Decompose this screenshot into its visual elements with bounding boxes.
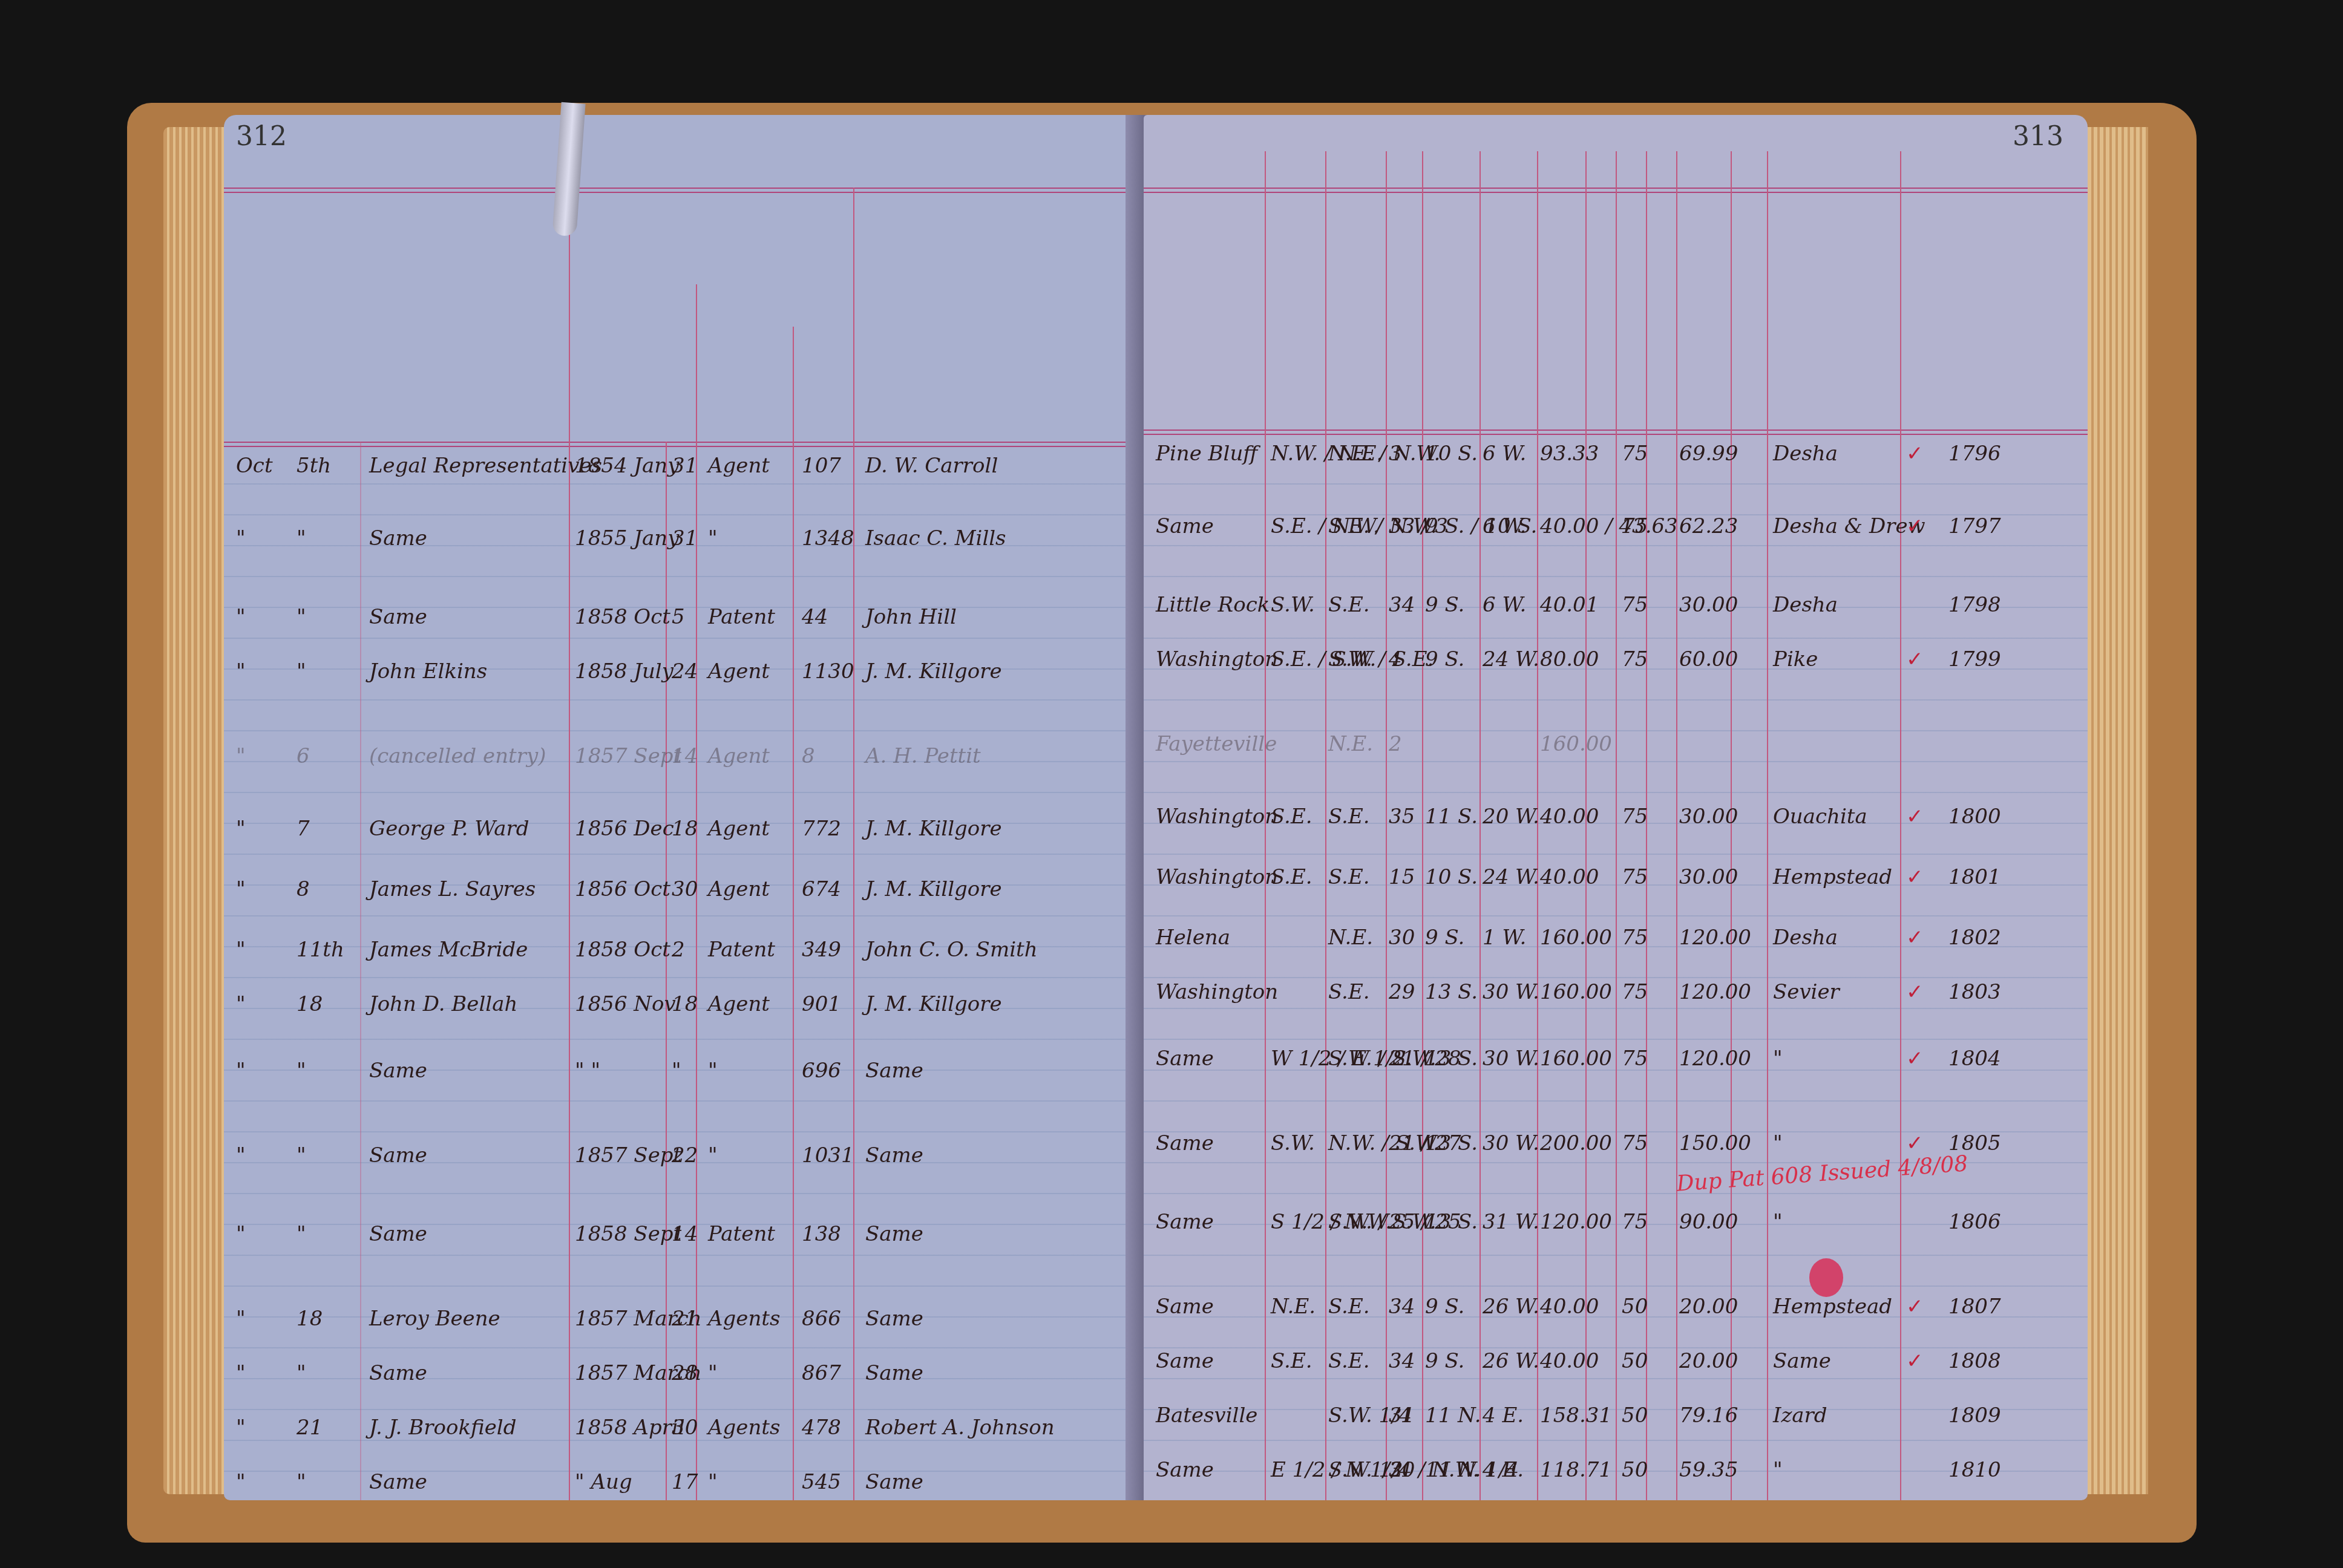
check-mark-icon: ✓ bbox=[1906, 980, 1924, 1004]
entry-number: 1810 bbox=[1948, 1458, 2001, 1482]
subdivision-2: S.W. / S.E. bbox=[1328, 647, 1434, 671]
located-by: " bbox=[708, 1470, 718, 1494]
rate-cents: 75 bbox=[1622, 1131, 1648, 1155]
county: Desha bbox=[1773, 442, 1838, 466]
entry-day: " bbox=[297, 1361, 306, 1385]
entry-day: 6 bbox=[297, 744, 310, 768]
assignee-name: Same bbox=[865, 1307, 923, 1331]
township: 13 S. bbox=[1425, 1047, 1478, 1071]
county: Desha bbox=[1773, 593, 1838, 617]
check-mark-icon: ✓ bbox=[1906, 805, 1924, 829]
county: " bbox=[1773, 1210, 1783, 1234]
warrant-day: 2 bbox=[672, 938, 685, 962]
entry-day: 18 bbox=[297, 1307, 323, 1331]
subdivision-1: N.E. bbox=[1271, 1295, 1316, 1319]
land-office: Same bbox=[1156, 1458, 1214, 1482]
left-page-number: 312 bbox=[236, 121, 287, 152]
range: 1 W. bbox=[1483, 926, 1526, 950]
township: 11 N. bbox=[1425, 1458, 1481, 1482]
rate-cents: 75 bbox=[1622, 805, 1648, 829]
assignee-name: Same bbox=[865, 1361, 923, 1385]
rate-cents: 50 bbox=[1622, 1403, 1648, 1428]
township: 9 S. bbox=[1425, 647, 1464, 671]
subdivision-2: S.E. bbox=[1328, 1295, 1370, 1319]
warrant-day: " bbox=[672, 1059, 681, 1083]
entry-day: " bbox=[297, 1059, 306, 1083]
warrant-date: 1856 Oct bbox=[575, 877, 670, 901]
assignee-name: John Hill bbox=[865, 605, 957, 629]
certificate-number: 545 bbox=[802, 1470, 841, 1494]
land-office: Same bbox=[1156, 1349, 1214, 1373]
warrant-date: 1856 Nov bbox=[575, 992, 676, 1016]
entry-number: 1808 bbox=[1948, 1349, 2001, 1373]
red-wax-seal bbox=[1809, 1258, 1843, 1297]
located-by: Agent bbox=[708, 992, 770, 1016]
township: 11 S. bbox=[1425, 805, 1478, 829]
range: 24 W. bbox=[1483, 647, 1539, 671]
warrant-date: 1858 Oct bbox=[575, 605, 670, 629]
section: 30 bbox=[1389, 1458, 1415, 1482]
range: 30 W. bbox=[1483, 980, 1539, 1004]
range: 6 W. bbox=[1483, 514, 1526, 538]
subdivision-1: S.E. bbox=[1271, 805, 1312, 829]
section: 15 bbox=[1389, 865, 1415, 889]
located-by: " bbox=[708, 526, 718, 550]
land-office: Same bbox=[1156, 514, 1214, 538]
warrant-day: 31 bbox=[672, 454, 698, 478]
county: Sevier bbox=[1773, 980, 1840, 1004]
page-edges-left bbox=[163, 127, 230, 1494]
subdivision-1: S.W. bbox=[1271, 593, 1315, 617]
check-mark-icon: ✓ bbox=[1906, 442, 1924, 466]
amount: 59.35 bbox=[1679, 1458, 1738, 1482]
entry-month: " bbox=[236, 817, 246, 841]
county: Same bbox=[1773, 1349, 1831, 1373]
warrant-day: 14 bbox=[672, 744, 698, 768]
certificate-number: 44 bbox=[802, 605, 828, 629]
certificate-number: 696 bbox=[802, 1059, 841, 1083]
certificate-number: 138 bbox=[802, 1222, 841, 1246]
section: 34 bbox=[1389, 1295, 1415, 1319]
acres: 40.00 bbox=[1540, 865, 1599, 889]
land-office: Batesville bbox=[1156, 1403, 1257, 1428]
entrant-name: Same bbox=[369, 1143, 427, 1168]
check-mark-icon: ✓ bbox=[1906, 1295, 1924, 1319]
entry-number: 1801 bbox=[1948, 865, 2001, 889]
range: 26 W. bbox=[1483, 1349, 1539, 1373]
assignee-name: Same bbox=[865, 1470, 923, 1494]
entry-month: " bbox=[236, 877, 246, 901]
entry-number: 1799 bbox=[1948, 647, 2001, 671]
amount: 120.00 bbox=[1679, 926, 1751, 950]
assignee-name: J. M. Killgore bbox=[865, 992, 1002, 1016]
located-by: Patent bbox=[708, 938, 775, 962]
acres: 40.01 bbox=[1540, 593, 1599, 617]
township: 13 S. bbox=[1425, 980, 1478, 1004]
rate-cents: 50 bbox=[1622, 1349, 1648, 1373]
entry-day: 7 bbox=[297, 817, 310, 841]
check-mark-icon: ✓ bbox=[1906, 865, 1924, 889]
check-mark-icon: ✓ bbox=[1906, 647, 1924, 671]
county: Hempstead bbox=[1773, 1295, 1892, 1319]
range: 6 W. bbox=[1483, 593, 1526, 617]
amount: 30.00 bbox=[1679, 865, 1738, 889]
page-edges-right bbox=[2088, 127, 2148, 1494]
assignee-name: John C. O. Smith bbox=[865, 938, 1038, 962]
land-office: Same bbox=[1156, 1047, 1214, 1071]
warrant-date: 1858 Sept bbox=[575, 1222, 681, 1246]
subdivision-2: S.E. bbox=[1328, 980, 1370, 1004]
section: 34 bbox=[1389, 1349, 1415, 1373]
rate-cents: 50 bbox=[1622, 1295, 1648, 1319]
assignee-name: A. H. Pettit bbox=[865, 744, 981, 768]
amount: 30.00 bbox=[1679, 805, 1738, 829]
county: Ouachita bbox=[1773, 805, 1867, 829]
certificate-number: 901 bbox=[802, 992, 841, 1016]
check-mark-icon: ✓ bbox=[1906, 1131, 1924, 1155]
check-mark-icon: ✓ bbox=[1906, 1349, 1924, 1373]
acres: 160.00 bbox=[1540, 980, 1612, 1004]
amount: 60.00 bbox=[1679, 647, 1738, 671]
entrant-name: Same bbox=[369, 1059, 427, 1083]
rate-cents: 75 bbox=[1622, 865, 1648, 889]
acres: 158.31 bbox=[1540, 1403, 1612, 1428]
amount: 79.16 bbox=[1679, 1403, 1738, 1428]
rate-cents: 75 bbox=[1622, 1210, 1648, 1234]
range: 30 W. bbox=[1483, 1047, 1539, 1071]
located-by: Patent bbox=[708, 1222, 775, 1246]
county: Desha & Drew bbox=[1773, 514, 1925, 538]
warrant-date: 1855 Jany bbox=[575, 526, 679, 550]
land-office: Helena bbox=[1156, 926, 1230, 950]
section: 30 bbox=[1389, 926, 1415, 950]
assignee-name: Same bbox=[865, 1143, 923, 1168]
warrant-date: 1857 Sept bbox=[575, 1143, 681, 1168]
county: " bbox=[1773, 1047, 1783, 1071]
land-office: Washington bbox=[1156, 805, 1278, 829]
entry-month: " bbox=[236, 1307, 246, 1331]
entry-number: 1797 bbox=[1948, 514, 2001, 538]
warrant-date: 1856 Dec bbox=[575, 817, 674, 841]
subdivision-1: S.E. bbox=[1271, 1349, 1312, 1373]
certificate-number: 1348 bbox=[802, 526, 854, 550]
warrant-day: 22 bbox=[672, 1143, 698, 1168]
land-office: Pine Bluff bbox=[1156, 442, 1257, 466]
county: Hempstead bbox=[1773, 865, 1892, 889]
located-by: " bbox=[708, 1143, 718, 1168]
header-rule-top bbox=[224, 188, 1240, 193]
ledger-book: 312 Oct5thLegal Representatives 1854 Jan… bbox=[127, 103, 2197, 1543]
township: 10 S. bbox=[1425, 442, 1478, 466]
entry-number: 1800 bbox=[1948, 805, 2001, 829]
warrant-day: 30 bbox=[672, 877, 698, 901]
rate-cents: 75 bbox=[1622, 442, 1648, 466]
warrant-day: 5 bbox=[672, 605, 685, 629]
acres: 80.00 bbox=[1540, 647, 1599, 671]
assignee-name: J. M. Killgore bbox=[865, 877, 1002, 901]
warrant-date: 1858 April bbox=[575, 1416, 685, 1440]
entry-day: " bbox=[297, 1470, 306, 1494]
check-mark-icon: ✓ bbox=[1906, 926, 1924, 950]
rate-cents: 75 bbox=[1622, 593, 1648, 617]
entry-day: " bbox=[297, 659, 306, 684]
certificate-number: 478 bbox=[802, 1416, 841, 1440]
section: 4 bbox=[1389, 647, 1402, 671]
entry-day: " bbox=[297, 1143, 306, 1168]
located-by: Agent bbox=[708, 817, 770, 841]
certificate-number: 1130 bbox=[802, 659, 854, 684]
subdivision-1: S.W. bbox=[1271, 1131, 1315, 1155]
warrant-day: 21 bbox=[672, 1307, 698, 1331]
entry-month: " bbox=[236, 659, 246, 684]
entry-number: 1796 bbox=[1948, 442, 2001, 466]
entry-number: 1807 bbox=[1948, 1295, 2001, 1319]
amount: 69.99 bbox=[1679, 442, 1738, 466]
entry-day: 18 bbox=[297, 992, 323, 1016]
entry-month: " bbox=[236, 1222, 246, 1246]
acres: 40.00 / 43.63 bbox=[1540, 514, 1678, 538]
entry-number: 1803 bbox=[1948, 980, 2001, 1004]
land-office: Little Rock bbox=[1156, 593, 1270, 617]
check-mark-icon: ✓ bbox=[1906, 514, 1924, 538]
land-office: Same bbox=[1156, 1295, 1214, 1319]
land-office: Washington bbox=[1156, 647, 1278, 671]
certificate-number: 772 bbox=[802, 817, 841, 841]
entrant-name: John Elkins bbox=[369, 659, 487, 684]
range: 4 E. bbox=[1483, 1403, 1524, 1428]
located-by: Agent bbox=[708, 744, 770, 768]
township: 13 S. bbox=[1425, 1131, 1478, 1155]
rate-cents: 75 bbox=[1622, 514, 1648, 538]
warrant-date: 1858 Oct bbox=[575, 938, 670, 962]
certificate-number: 866 bbox=[802, 1307, 841, 1331]
entrant-name: J. J. Brookfield bbox=[369, 1416, 516, 1440]
township: 13 S. bbox=[1425, 1210, 1478, 1234]
warrant-date: " " bbox=[575, 1059, 600, 1083]
range: 24 W. bbox=[1483, 865, 1539, 889]
assignee-name: Same bbox=[865, 1059, 923, 1083]
entry-number: 1804 bbox=[1948, 1047, 2001, 1071]
entry-month: Oct bbox=[236, 454, 273, 478]
located-by: " bbox=[708, 1361, 718, 1385]
entry-month: " bbox=[236, 1361, 246, 1385]
assignee-name: Same bbox=[865, 1222, 923, 1246]
certificate-number: 1031 bbox=[802, 1143, 854, 1168]
entry-day: " bbox=[297, 526, 306, 550]
acres: 160.00 bbox=[1540, 926, 1612, 950]
warrant-day: 18 bbox=[672, 992, 698, 1016]
acres: 120.00 bbox=[1540, 1210, 1612, 1234]
range: 31 W. bbox=[1483, 1210, 1539, 1234]
entrant-name: Leroy Beene bbox=[369, 1307, 500, 1331]
amount: 120.00 bbox=[1679, 1047, 1751, 1071]
warrant-day: 17 bbox=[672, 1470, 698, 1494]
entry-number: 1802 bbox=[1948, 926, 2001, 950]
amount: 120.00 bbox=[1679, 980, 1751, 1004]
section: 31 bbox=[1389, 1403, 1415, 1428]
subdivision-2: N.E. bbox=[1328, 926, 1373, 950]
subdivision-2: S.E. bbox=[1328, 805, 1370, 829]
section: 2 bbox=[1389, 732, 1402, 756]
entry-month: " bbox=[236, 1059, 246, 1083]
entrant-name: Same bbox=[369, 1470, 427, 1494]
land-office: Same bbox=[1156, 1210, 1214, 1234]
acres: 118.71 bbox=[1540, 1458, 1612, 1482]
located-by: " bbox=[708, 1059, 718, 1083]
range: 4 E. bbox=[1483, 1458, 1524, 1482]
rate-cents: 75 bbox=[1622, 926, 1648, 950]
warrant-day: 24 bbox=[672, 659, 698, 684]
acres: 93.33 bbox=[1540, 442, 1599, 466]
acres: 40.00 bbox=[1540, 805, 1599, 829]
rate-cents: 50 bbox=[1622, 1458, 1648, 1482]
located-by: Agent bbox=[708, 454, 770, 478]
range: 6 W. bbox=[1483, 442, 1526, 466]
certificate-number: 674 bbox=[802, 877, 841, 901]
header-rule-bottom bbox=[224, 442, 1240, 447]
certificate-number: 867 bbox=[802, 1361, 841, 1385]
entry-month: " bbox=[236, 526, 246, 550]
amount: 20.00 bbox=[1679, 1295, 1738, 1319]
township: 9 S. bbox=[1425, 926, 1464, 950]
assignee-name: J. M. Killgore bbox=[865, 817, 1002, 841]
land-office: Same bbox=[1156, 1131, 1214, 1155]
range: 30 W. bbox=[1483, 1131, 1539, 1155]
warrant-day: 18 bbox=[672, 817, 698, 841]
subdivision-1: S.E. bbox=[1271, 865, 1312, 889]
certificate-number: 349 bbox=[802, 938, 841, 962]
township: 9 S. bbox=[1425, 1349, 1464, 1373]
county: Desha bbox=[1773, 926, 1838, 950]
entry-day: 5th bbox=[297, 454, 331, 478]
warrant-day: 28 bbox=[672, 1361, 698, 1385]
entrant-name: John D. Bellah bbox=[369, 992, 517, 1016]
acres: 40.00 bbox=[1540, 1295, 1599, 1319]
county: " bbox=[1773, 1131, 1783, 1155]
entry-month: " bbox=[236, 744, 246, 768]
amount: 150.00 bbox=[1679, 1131, 1751, 1155]
entry-number: 1809 bbox=[1948, 1403, 2001, 1428]
entry-day: 8 bbox=[297, 877, 310, 901]
entry-day: " bbox=[297, 605, 306, 629]
entry-number: 1806 bbox=[1948, 1210, 2001, 1234]
entrant-name: Legal Representatives bbox=[369, 454, 602, 478]
entrant-name: Same bbox=[369, 605, 427, 629]
certificate-number: 107 bbox=[802, 454, 841, 478]
entrant-name: George P. Ward bbox=[369, 817, 529, 841]
entry-month: " bbox=[236, 1470, 246, 1494]
section: 3 bbox=[1389, 442, 1402, 466]
amount: 90.00 bbox=[1679, 1210, 1738, 1234]
subdivision-2: N.E. bbox=[1328, 732, 1373, 756]
entrant-name: Same bbox=[369, 1361, 427, 1385]
amount: 30.00 bbox=[1679, 593, 1738, 617]
entry-day: " bbox=[297, 1222, 306, 1246]
entry-month: " bbox=[236, 605, 246, 629]
land-office: Fayetteville bbox=[1156, 732, 1277, 756]
warrant-date: 1858 July bbox=[575, 659, 673, 684]
entrant-name: James McBride bbox=[369, 938, 528, 962]
right-page-number: 313 bbox=[2013, 121, 2063, 152]
county: " bbox=[1773, 1458, 1783, 1482]
warrant-day: 31 bbox=[672, 526, 698, 550]
assignee-name: Isaac C. Mills bbox=[865, 526, 1006, 550]
range: 20 W. bbox=[1483, 805, 1539, 829]
located-by: Patent bbox=[708, 605, 775, 629]
subdivision-2: S.E. bbox=[1328, 593, 1370, 617]
assignee-name: D. W. Carroll bbox=[865, 454, 998, 478]
amount: 62.23 bbox=[1679, 514, 1738, 538]
township: 9 S. bbox=[1425, 1295, 1464, 1319]
certificate-number: 8 bbox=[802, 744, 815, 768]
section: 34 bbox=[1389, 593, 1415, 617]
entry-month: " bbox=[236, 938, 246, 962]
warrant-day: 30 bbox=[672, 1416, 698, 1440]
warrant-date: " Aug bbox=[575, 1470, 632, 1494]
warrant-date: 1854 Jany bbox=[575, 454, 679, 478]
land-office: Washington bbox=[1156, 865, 1278, 889]
section: 29 bbox=[1389, 980, 1415, 1004]
acres: 160.00 bbox=[1540, 732, 1612, 756]
subdivision-2: N.E. / N.W. bbox=[1328, 442, 1440, 466]
entry-month: " bbox=[236, 1416, 246, 1440]
entrant-name: Same bbox=[369, 1222, 427, 1246]
acres: 40.00 bbox=[1540, 1349, 1599, 1373]
right-page: 313 Pine BluffN.W. / N.E.N.E. / N.W.310 … bbox=[1144, 115, 2088, 1500]
rate-cents: 75 bbox=[1622, 980, 1648, 1004]
township: 10 S. bbox=[1425, 865, 1478, 889]
entrant-name: (cancelled entry) bbox=[369, 744, 546, 768]
entry-day: 11th bbox=[297, 938, 344, 962]
rate-cents: 75 bbox=[1622, 1047, 1648, 1071]
entry-number: 1798 bbox=[1948, 593, 2001, 617]
acres: 200.00 bbox=[1540, 1131, 1612, 1155]
acres: 160.00 bbox=[1540, 1047, 1612, 1071]
county: Izard bbox=[1773, 1403, 1827, 1428]
check-mark-icon: ✓ bbox=[1906, 1047, 1924, 1071]
section: 35 bbox=[1389, 805, 1415, 829]
township: 11 N. bbox=[1425, 1403, 1481, 1428]
entrant-name: Same bbox=[369, 526, 427, 550]
rate-cents: 75 bbox=[1622, 647, 1648, 671]
located-by: Agents bbox=[708, 1307, 780, 1331]
entry-day: 21 bbox=[297, 1416, 323, 1440]
entrant-name: James L. Sayres bbox=[369, 877, 536, 901]
county: Pike bbox=[1773, 647, 1818, 671]
entry-month: " bbox=[236, 992, 246, 1016]
assignee-name: Robert A. Johnson bbox=[865, 1416, 1055, 1440]
township: 9 S. bbox=[1425, 593, 1464, 617]
range: 26 W. bbox=[1483, 1295, 1539, 1319]
subdivision-2: S.E. bbox=[1328, 865, 1370, 889]
located-by: Agent bbox=[708, 877, 770, 901]
subdivision-2: S.E. bbox=[1328, 1349, 1370, 1373]
located-by: Agents bbox=[708, 1416, 780, 1440]
assignee-name: J. M. Killgore bbox=[865, 659, 1002, 684]
warrant-day: 14 bbox=[672, 1222, 698, 1246]
located-by: Agent bbox=[708, 659, 770, 684]
amount: 20.00 bbox=[1679, 1349, 1738, 1373]
warrant-date: 1857 Sept bbox=[575, 744, 681, 768]
land-office: Washington bbox=[1156, 980, 1278, 1004]
left-page: 312 Oct5thLegal Representatives 1854 Jan… bbox=[224, 115, 1240, 1500]
entry-month: " bbox=[236, 1143, 246, 1168]
